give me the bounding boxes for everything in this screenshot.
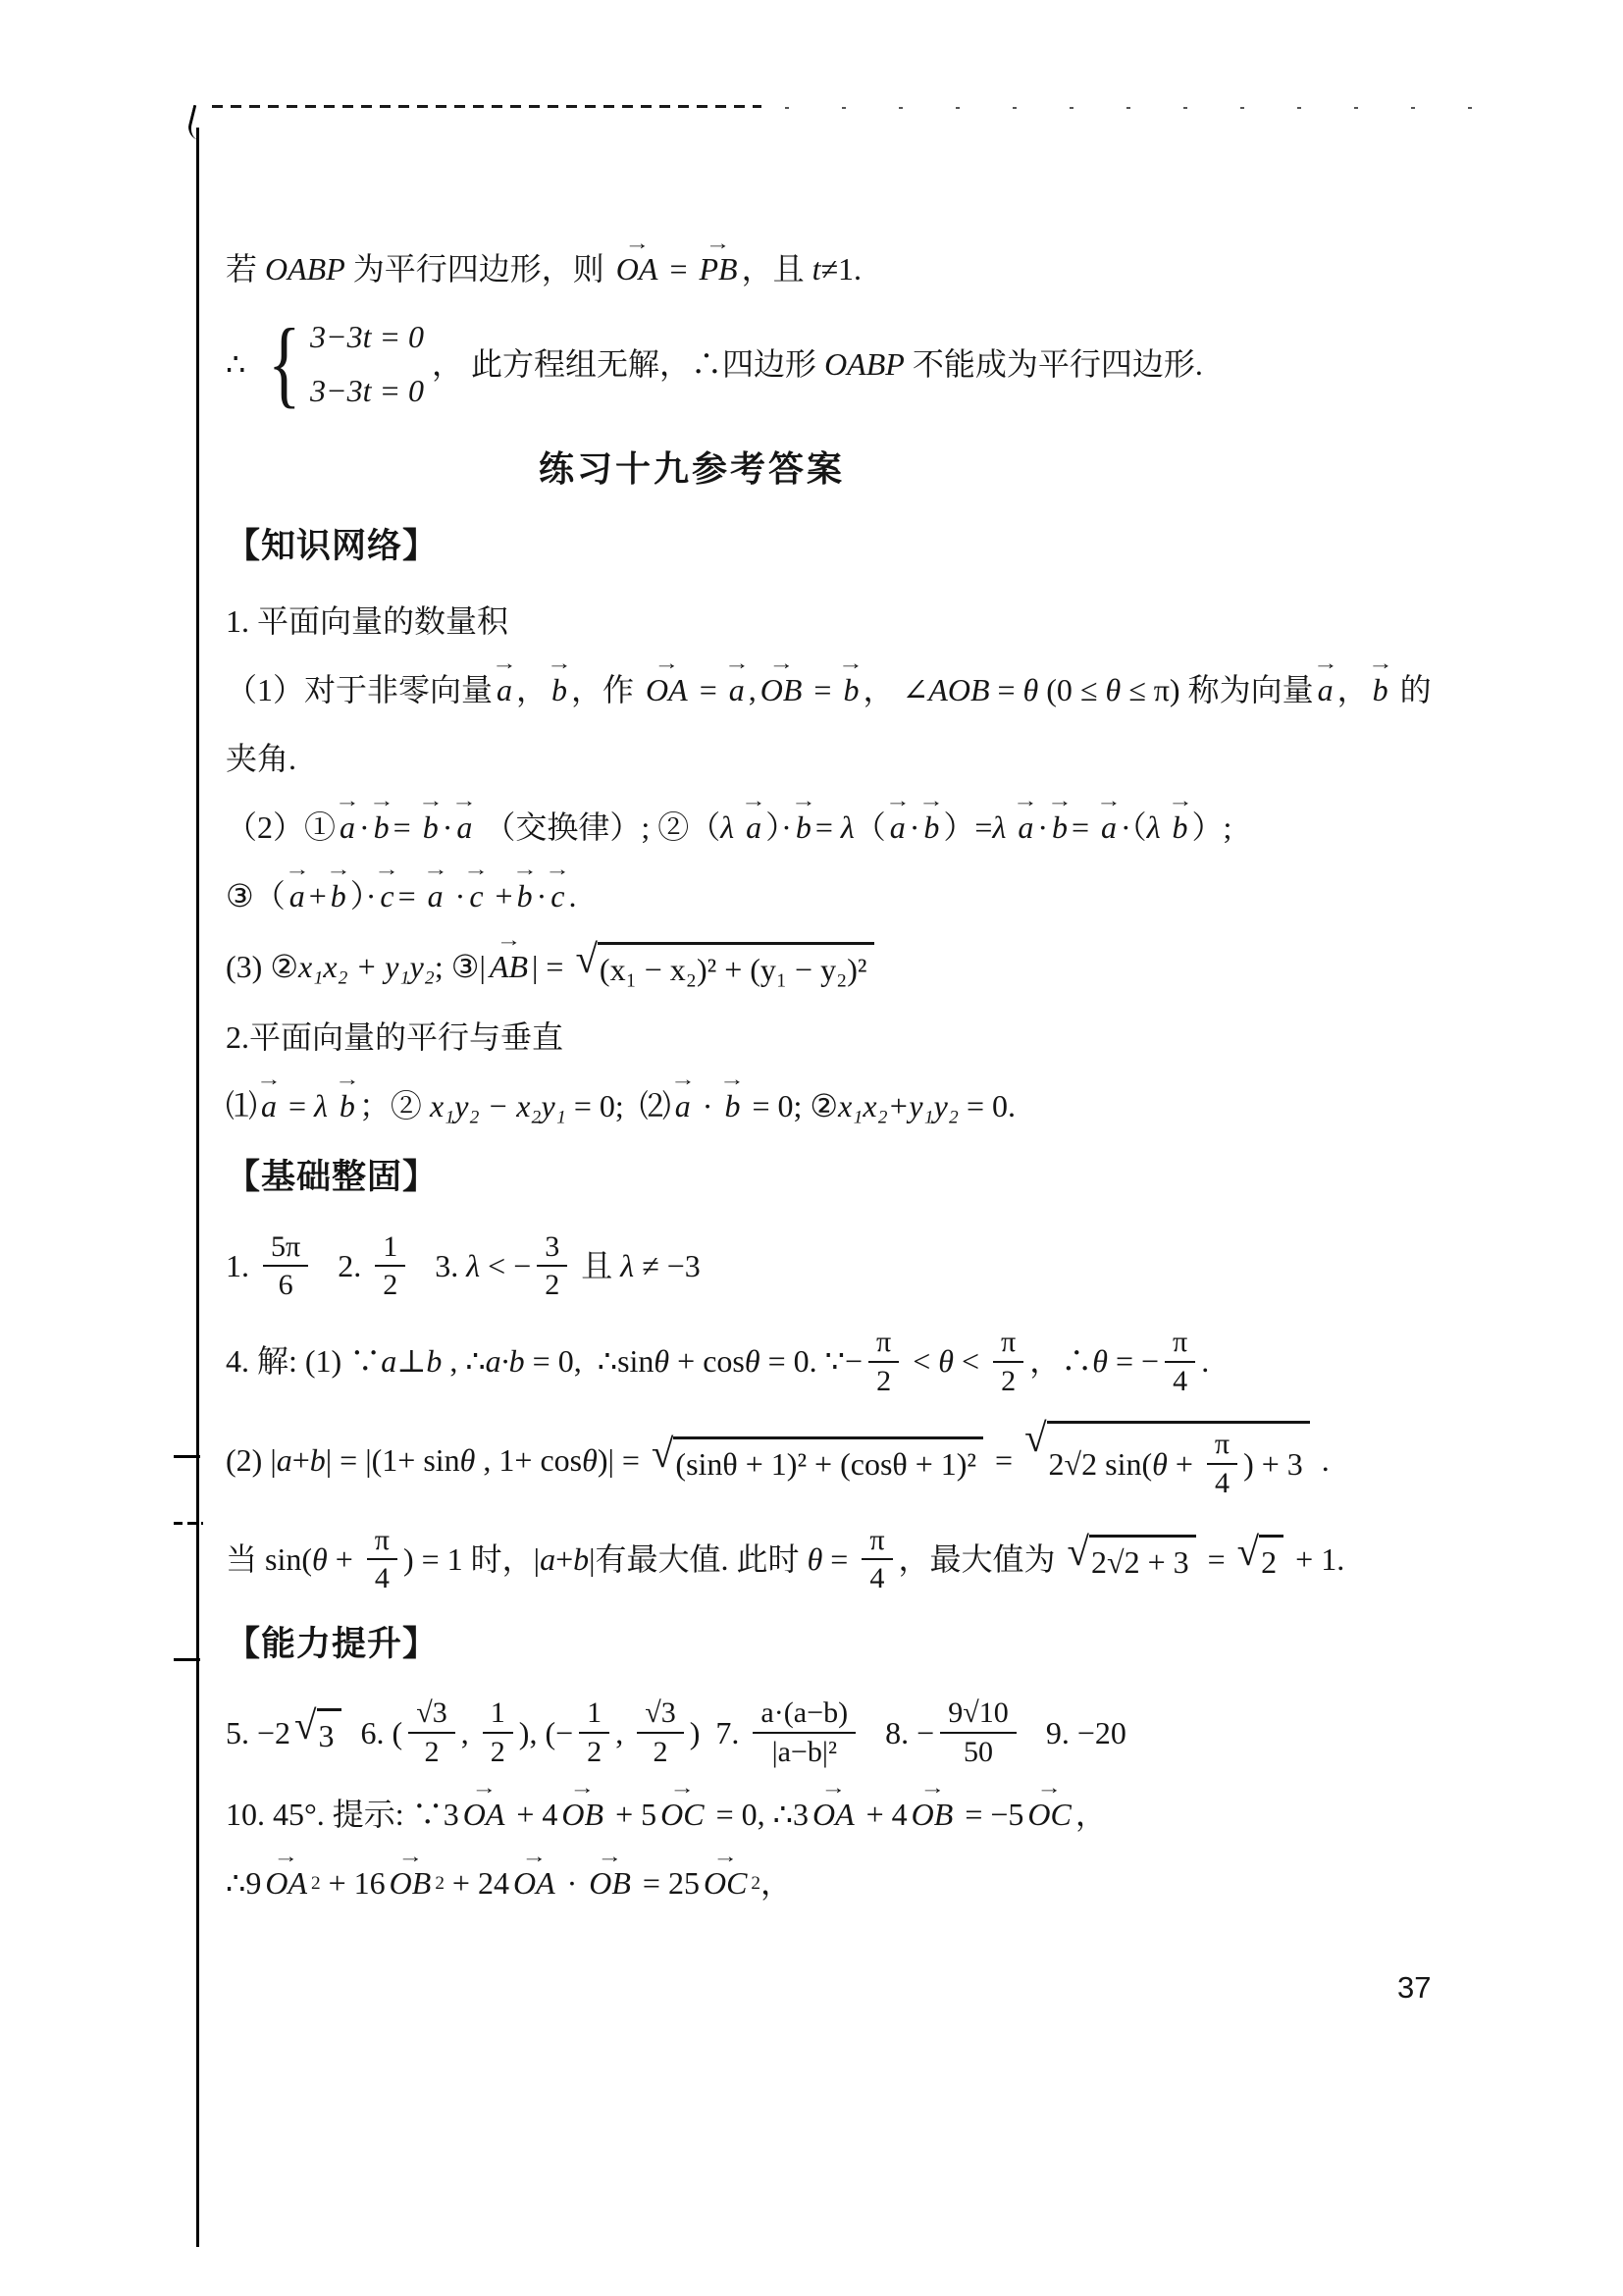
fraction-denominator: 6 [279,1267,293,1302]
fraction-numerator: √3 [408,1696,455,1734]
math-text: （1）对于非零向量 [226,669,493,711]
math-text: |有最大值. 此时 [589,1539,807,1581]
math-text: + [328,1539,361,1581]
math-text: = 0; ② [744,1085,838,1127]
equation-rows: 3−3t = 03−3t = 0 [310,316,424,412]
math-text: ， 此方程组无解，∴四边形 [432,343,824,386]
radicand: 3 [317,1708,341,1757]
math-text: 5. −2 [226,1712,290,1754]
math-text: 3. [411,1245,466,1287]
math-text: ， ∠ [863,669,928,711]
math-text: ， [1337,669,1369,711]
equation-row: 3−3t = 0 [310,316,424,358]
radical-sign: √ [1237,1532,1259,1572]
answer-line: （1）对于非零向量a，b，作 OA = a,OB = b， ∠AOB = θ (… [226,667,1482,712]
math-text: 不能成为平行四边形. [905,343,1203,386]
math-text: = 0; ⑵ [566,1085,671,1127]
math-text: | = |(1+ sin [326,1439,460,1482]
math-text: = 0, ∴3 [708,1794,809,1836]
fraction-numerator: π [1165,1326,1195,1363]
fraction-denominator: 2 [545,1267,559,1302]
math-variable: θ [582,1439,598,1482]
vector-a: a [671,1079,695,1127]
math-variable: θ [312,1539,328,1581]
answer-line: ∴ {3−3t = 03−3t = 0， 此方程组无解，∴四边形 OABP 不能… [226,316,1482,412]
fraction: π4 [1207,1428,1237,1499]
math-text: + 1. [1287,1539,1344,1581]
math-text: . [1201,1340,1209,1383]
math-text: 1. 平面向量的数量积 [226,600,508,643]
math-variable: θ [654,1340,669,1383]
math-text: = 0, ∴sin [525,1340,654,1383]
radical-sign: √ [1024,1418,1046,1458]
fraction-denominator: 2 [653,1734,667,1769]
math-text: + [1168,1443,1201,1486]
square-root: √(x₁ − x₂)² + (y₁ − y₂)² [575,942,873,991]
answer-line: 夹角. [226,736,1482,781]
vector-a: a [452,801,476,849]
answer-line: 若 OABP 为平行四边形，则 OA = PB，且 t≠1. [226,247,1482,292]
fraction: √32 [637,1696,684,1768]
vector-OA: OA [261,1856,311,1905]
math-variable: θ [1023,669,1039,711]
answer-line: 当 sin(θ + π4) = 1 时，|a+b|有最大值. 此时 θ = π4… [226,1524,1482,1595]
math-text: 若 [226,248,265,290]
math-text: ) 7. [690,1712,748,1754]
vector-OA: OA [612,242,662,290]
vector-a: a [1014,801,1037,849]
math-text: , [461,1712,477,1754]
scan-vertical-line [196,128,199,2247]
fraction: 12 [579,1696,609,1768]
math-text: 8. − [862,1712,934,1754]
math-text: ，且 [742,248,812,290]
radicand: 2√2 sin(θ + π4) + 3 [1047,1421,1310,1499]
math-text: ≠ −3 [634,1245,701,1287]
vector-a: a [1314,663,1337,711]
fraction-denominator: 4 [869,1560,884,1595]
equation-system: {3−3t = 03−3t = 0 [261,316,424,412]
fraction: √32 [408,1696,455,1768]
math-variable: t [812,248,821,290]
math-text: ）; [1192,807,1232,849]
math-text: 当 sin( [226,1539,312,1581]
fraction-numerator: 1 [375,1230,405,1268]
math-variable: λ [1147,807,1161,849]
math-variable: θ [1092,1340,1108,1383]
vector-OA: OA [809,1788,859,1836]
math-variable: θ [745,1340,760,1383]
math-text: < [954,1340,987,1383]
math-variable: a [277,1439,292,1482]
fraction-numerator: π [367,1524,397,1561]
fraction: 12 [483,1696,513,1768]
math-text: = [1200,1539,1233,1581]
answer-line: 5. −2√3 6. (√32, 12), (−12, √32) 7. a·(a… [226,1696,1482,1768]
page-number: 37 [1397,1970,1431,2006]
math-text: (3) ② [226,946,298,988]
math-variable: OABP [824,343,905,386]
math-variable: θ [1105,669,1121,711]
math-variable: x₁x₂ + y₁y₂ [298,946,435,988]
math-variable: b [310,1439,326,1482]
math-text: （交换律）; ②（ [476,807,720,849]
vector-OC: OC [700,1856,751,1905]
fraction-denominator: 2 [424,1734,439,1769]
math-text: + 24 [445,1862,509,1905]
fraction: 9√1050 [940,1696,1017,1768]
radicand: 2 [1259,1535,1283,1584]
math-text: ③（ [226,875,286,917]
radical-sign: √ [294,1705,316,1746]
math-text: = 0. ∵− [760,1340,863,1383]
vector-a: a [286,869,309,917]
math-text: = [281,1085,314,1127]
math-text: ，∴ [1029,1340,1092,1383]
math-text: ⊥ [396,1340,426,1383]
math-variable: AOB [928,669,989,711]
math-text: 2.平面向量的平行与垂直 [226,1017,563,1059]
math-variable: x₁y₂ − x₂y₁ [430,1085,566,1127]
fraction-numerator: π [868,1326,899,1363]
math-text: + [292,1439,310,1482]
fraction-denominator: 4 [375,1560,390,1595]
math-variable: λ [466,1245,480,1287]
answer-line: 1. 平面向量的数量积 [226,599,1482,644]
vector-OB: OB [557,1788,607,1836]
vector-b: b [513,869,537,917]
math-text: ，最大值为 [899,1539,1064,1581]
scan-dotted-top-line [785,107,1472,109]
fraction-denominator: 2 [876,1363,891,1398]
vector-OA: OA [509,1856,559,1905]
answer-line: 10. 45°. 提示: ∵3OA + 4OB + 5OC = 0, ∴3OA … [226,1793,1482,1838]
vector-a: a [742,801,765,849]
fraction-denominator: 4 [1215,1465,1230,1500]
math-variable: θ [938,1340,954,1383]
fraction-numerator: π [993,1326,1023,1363]
vector-a: a [886,801,910,849]
vector-b: b [1048,801,1072,849]
math-text: ≠1. [820,248,862,290]
vector-PB: PB [695,242,741,290]
vector-b: b [327,869,350,917]
vector-OA: OA [459,1788,509,1836]
math-variable: λ [620,1245,634,1287]
vector-a: a [424,869,447,917]
math-text: 夹角. [226,738,296,780]
vector-c: c [547,869,568,917]
math-text: + 16 [321,1862,386,1905]
fraction-numerator: √3 [637,1696,684,1734]
math-text: 4. 解: (1) ∵ [226,1340,381,1383]
fraction-denominator: 2 [491,1734,505,1769]
math-text: 2. [314,1245,369,1287]
math-text: ≤ π) 称为向量 [1121,669,1313,711]
math-text: + [555,1539,573,1581]
vector-b: b [839,663,863,711]
answer-line: （2）①a·b= b·a （交换律）; ②（λ a）·b= λ（a·b）=λ a… [226,805,1482,850]
fraction-numerator: 1 [579,1696,609,1734]
fraction-numerator: 9√10 [940,1696,1017,1734]
math-text: 9. −20 [1022,1712,1126,1754]
math-variable: λ [841,807,855,849]
math-text: 且 [573,1245,620,1287]
section-heading: 【能力提升】 [226,1621,1482,1667]
vector-b: b [919,801,943,849]
math-variable: a·b [486,1340,525,1383]
vector-a: a [336,801,359,849]
math-variable: b [573,1539,589,1581]
math-text: = [822,1539,856,1581]
math-text: (2) | [226,1439,277,1482]
radicand: 2√2 + 3 [1089,1535,1196,1584]
math-text: 1. [226,1245,257,1287]
math-text: 6. ( [345,1712,403,1754]
math-text: (0 ≤ [1038,669,1105,711]
equation-row: 3−3t = 0 [310,370,424,412]
vector-OA: OA [642,663,692,711]
fraction-numerator: 3 [537,1230,567,1268]
fraction-denominator: 4 [1173,1363,1187,1398]
math-text: < − [480,1245,531,1287]
vector-b: b [370,801,393,849]
fraction-numerator: a·(a−b) [753,1696,856,1734]
math-text: , ∴ [442,1340,485,1383]
math-text: ）= [943,807,992,849]
math-text: , 1+ cos [475,1439,582,1482]
vector-OC: OC [656,1788,707,1836]
vector-a: a [493,663,516,711]
radical-sign: √ [652,1434,673,1474]
vector-b: b [720,1079,744,1127]
math-variable: a [381,1340,396,1383]
math-variable: θ [808,1539,823,1581]
answer-line: (2) |a+b| = |(1+ sinθ , 1+ cosθ)| = √(si… [226,1421,1482,1499]
math-text: ；② [359,1085,430,1127]
math-text: （2）① [226,807,336,849]
math-text: + cos [669,1340,745,1383]
math-text: , [615,1712,631,1754]
radicand: (sinθ + 1)² + (cosθ + 1)² [673,1436,983,1486]
math-text: ， [760,1862,792,1905]
vector-c: c [465,869,487,917]
math-text: 2√2 sin( [1049,1443,1153,1486]
margin-tick [174,1522,203,1525]
vector-OB: OB [585,1856,635,1905]
fraction-denominator: 2 [383,1267,397,1302]
answer-line: ⑴a = λ b；② x₁y₂ − x₂y₁ = 0; ⑵a · b = 0; … [226,1083,1482,1128]
fraction: π2 [868,1326,899,1397]
fraction-numerator: 5π [263,1230,308,1268]
vector-c: c [376,869,397,917]
fraction-denominator: 50 [964,1734,993,1769]
math-text: ∴ [226,343,253,386]
square-root: √2√2 + 3 [1068,1535,1196,1584]
math-variable: θ [460,1439,476,1482]
fraction: π2 [993,1326,1023,1397]
math-variable: θ [1152,1443,1168,1486]
fraction-denominator: 2 [587,1734,602,1769]
math-text: . [1314,1439,1330,1482]
fraction: π4 [1165,1326,1195,1397]
vector-b: b [419,801,443,849]
radical-sign: √ [575,939,597,979]
vector-b: b [792,801,815,849]
section-heading: 【知识网络】 [226,523,1482,569]
section-heading: 【基础整固】 [226,1154,1482,1200]
margin-tick [174,1658,200,1661]
fraction: 32 [537,1230,567,1302]
math-variable: a [540,1539,555,1581]
answer-line: 2.平面向量的平行与垂直 [226,1015,1482,1060]
fraction: π4 [367,1524,397,1595]
math-text: 的 [1392,669,1432,711]
fraction: 12 [375,1230,405,1302]
answer-line: 4. 解: (1) ∵a⊥b , ∴a·b = 0, ∴sinθ + cosθ … [226,1326,1482,1397]
math-text: ) = 1 时，| [403,1539,540,1581]
math-variable: λ [992,807,1006,849]
math-text: < [905,1340,938,1383]
math-variable: b [426,1340,442,1383]
vector-b: b [548,663,571,711]
square-root: √2 [1237,1535,1283,1584]
vector-OB: OB [908,1788,958,1836]
math-text: 为平行四边形，则 [345,248,612,290]
answer-line: ③（a+b）·c= a ·c +b·c. [226,873,1482,918]
vector-a: a [725,663,749,711]
fraction: π4 [862,1524,892,1595]
square-root: √3 [294,1708,340,1757]
math-text: = 0. [959,1085,1016,1127]
math-text: ，作 [571,669,642,711]
vector-b: b [1369,663,1392,711]
vector-a: a [1097,801,1121,849]
vector-OB: OB [386,1856,436,1905]
answer-line: ∴9OA2 + 16OB2 + 24OA · OB = 25OC2， [226,1861,1482,1906]
square-root: √(sinθ + 1)² + (cosθ + 1)² [652,1436,983,1486]
vector-b: b [1169,801,1192,849]
math-text: = [987,1439,1021,1482]
margin-tick [174,1455,200,1458]
fraction-numerator: π [862,1524,892,1561]
fraction: a·(a−b)|a−b|² [753,1696,856,1768]
radicand: (x₁ − x₂)² + (y₁ − y₂)² [598,942,874,991]
fraction-denominator: |a−b|² [772,1734,837,1769]
math-text: ) + 3 [1243,1443,1303,1486]
math-text: )| = [598,1439,648,1482]
square-root: √2√2 sin(θ + π4) + 3 [1024,1421,1310,1499]
math-text: = − [1108,1340,1159,1383]
math-text: 10. 45°. 提示: ∵3 [226,1794,459,1836]
math-variable: λ [314,1085,328,1127]
page-content: 若 OABP 为平行四边形，则 OA = PB，且 t≠1.∴ {3−3t = … [226,247,1482,1930]
fraction-numerator: 1 [483,1696,513,1734]
math-variable: x₁x₂+y₁y₂ [838,1085,959,1127]
fraction: 5π6 [263,1230,308,1302]
answer-line: 1. 5π6 2. 12 3. λ < −32 且 λ ≠ −3 [226,1230,1482,1302]
brace: { [269,323,301,405]
vector-AB: AB [486,940,532,988]
answer-line: (3) ②x₁x₂ + y₁y₂; ③|AB| = √(x₁ − x₂)² + … [226,942,1482,991]
vector-a: a [257,1079,281,1127]
page-title: 练习十九参考答案 [226,445,1158,494]
math-variable: λ [720,807,734,849]
math-text: ), (− [519,1712,573,1754]
math-text: = [989,669,1022,711]
vector-b: b [336,1079,359,1127]
radical-sign: √ [1068,1532,1089,1572]
fraction-numerator: π [1207,1428,1237,1465]
math-variable: OABP [265,248,345,290]
scan-dashed-top-line [212,105,761,108]
fraction-denominator: 2 [1001,1363,1016,1398]
vector-OB: OB [757,663,807,711]
vector-OC: OC [1023,1788,1074,1836]
